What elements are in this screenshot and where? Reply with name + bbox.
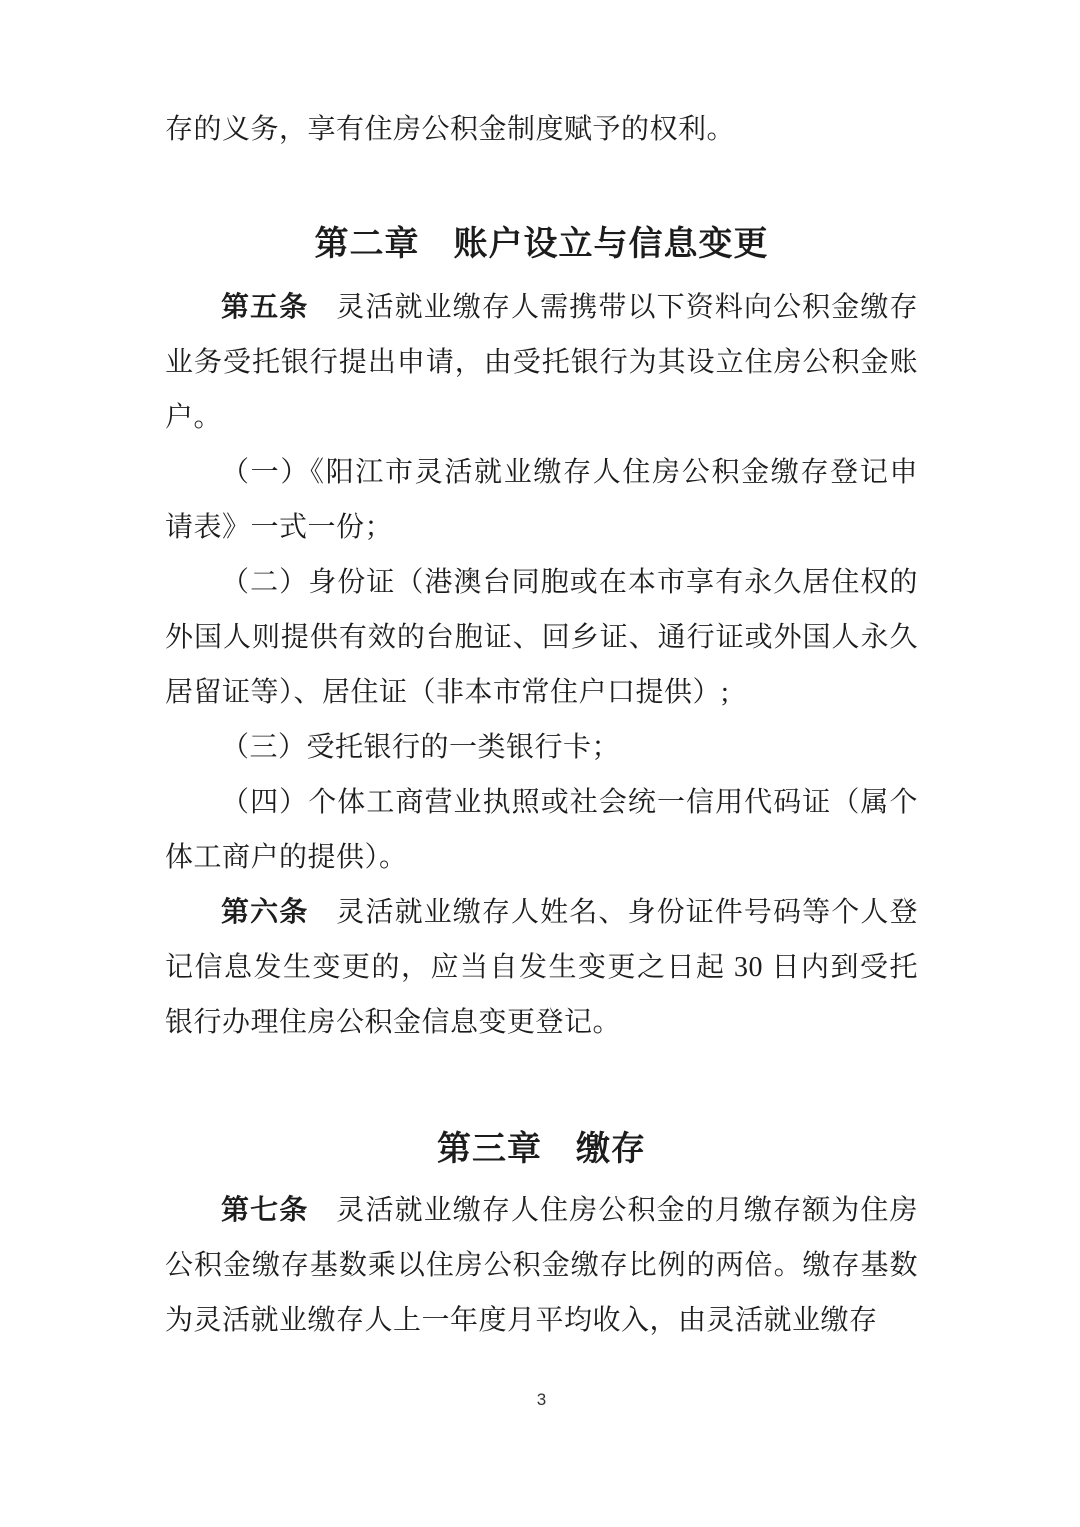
item-2-paragraph: （二）身份证（港澳台同胞或在本市享有永久居住权的外国人则提供有效的台胞证、回乡证… xyxy=(165,555,918,720)
page-number: 3 xyxy=(165,1390,918,1410)
item-3-paragraph: （三）受托银行的一类银行卡； xyxy=(165,720,918,775)
chapter-3-title: 缴存 xyxy=(576,1131,646,1168)
article-7-term: 第七条 xyxy=(221,1195,308,1226)
article-6-paragraph: 第六条灵活就业缴存人姓名、身份证件号码等个人登记信息发生变更的，应当自发生变更之… xyxy=(165,885,918,1050)
chapter-2-title: 账户设立与信息变更 xyxy=(454,226,769,263)
article-7-paragraph: 第七条灵活就业缴存人住房公积金的月缴存额为住房公积金缴存基数乘以住房公积金缴存比… xyxy=(165,1183,918,1348)
continuation-paragraph: 存的义务，享有住房公积金制度赋予的权利。 xyxy=(165,102,918,157)
article-5-paragraph: 第五条灵活就业缴存人需携带以下资料向公积金缴存业务受托银行提出申请，由受托银行为… xyxy=(165,280,918,445)
item-4-paragraph: （四）个体工商营业执照或社会统一信用代码证（属个体工商户的提供）。 xyxy=(165,775,918,885)
chapter-2-number: 第二章 xyxy=(315,226,420,263)
chapter-2-body: 第五条灵活就业缴存人需携带以下资料向公积金缴存业务受托银行提出申请，由受托银行为… xyxy=(165,280,918,1050)
chapter-3-number: 第三章 xyxy=(437,1131,542,1168)
article-5-term: 第五条 xyxy=(221,292,308,323)
document-page: 存的义务，享有住房公积金制度赋予的权利。 第二章账户设立与信息变更 第五条灵活就… xyxy=(0,0,1080,1527)
chapter-3-heading: 第三章缴存 xyxy=(165,1122,918,1177)
article-6-term: 第六条 xyxy=(221,897,308,928)
item-1-paragraph: （一）《阳江市灵活就业缴存人住房公积金缴存登记申请表》一式一份； xyxy=(165,445,918,555)
chapter-2-heading: 第二章账户设立与信息变更 xyxy=(165,217,918,272)
chapter-3-body: 第七条灵活就业缴存人住房公积金的月缴存额为住房公积金缴存基数乘以住房公积金缴存比… xyxy=(165,1183,918,1348)
